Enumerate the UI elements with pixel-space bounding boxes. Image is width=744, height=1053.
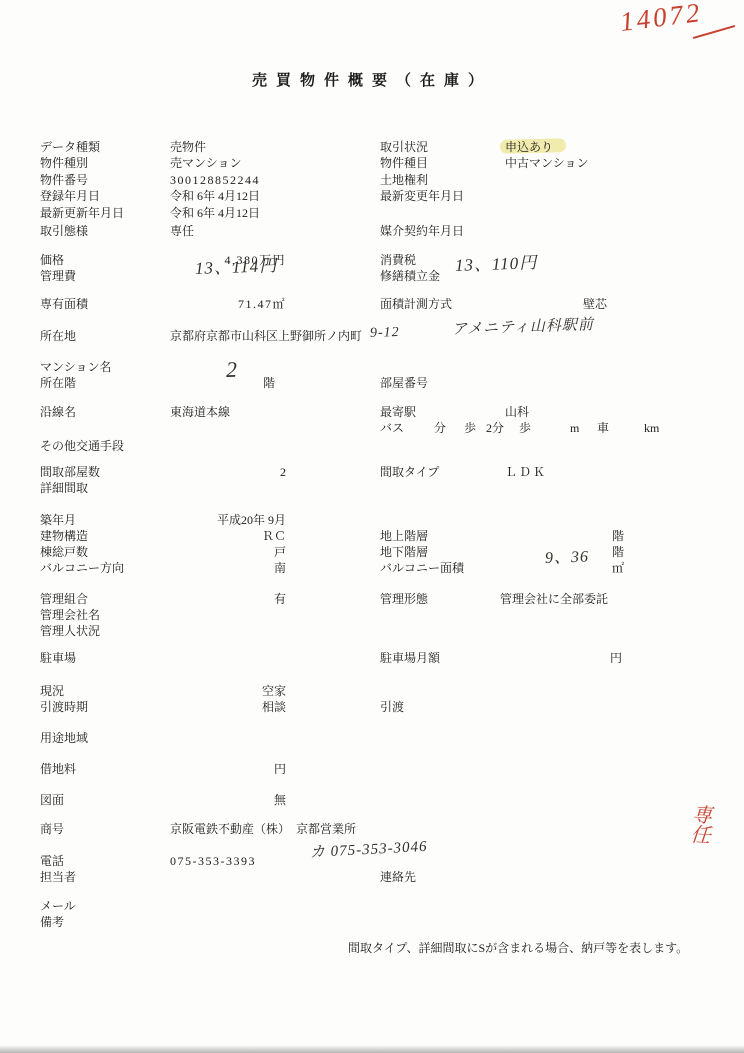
field-label-tax: 消費税 bbox=[380, 253, 416, 268]
field-value-built-date: 平成20年 9月 bbox=[130, 513, 286, 528]
field-value-current-status: 空家 bbox=[130, 684, 286, 699]
handwritten-ref-number: 14072 bbox=[619, 5, 703, 30]
field-value-area: 71.47㎡ bbox=[130, 297, 286, 312]
field-label-area-method: 面積計測方式 bbox=[380, 297, 452, 312]
field-label-property-kind: 物件種別 bbox=[40, 156, 88, 171]
field-unit-floor: 階 bbox=[263, 376, 275, 391]
field-label-total-units: 棟総戸数 bbox=[40, 545, 88, 560]
field-value-area-method: 壁芯 bbox=[583, 297, 607, 312]
access-walk2-label: 歩 bbox=[519, 421, 531, 436]
field-label-last-change: 最新変更年月日 bbox=[380, 189, 464, 204]
field-label-last-update: 最新更新年月日 bbox=[40, 206, 124, 221]
access-bus-min-unit: 分 bbox=[434, 421, 446, 436]
field-value-line-name: 東海道本線 bbox=[170, 405, 230, 420]
handwritten-floor: 2 bbox=[226, 362, 239, 377]
access-km-unit: km bbox=[644, 421, 659, 436]
field-label-price: 価格 bbox=[40, 253, 64, 268]
field-label-area: 専有面積 bbox=[40, 297, 88, 312]
field-label-zoning: 用途地域 bbox=[40, 731, 88, 746]
field-label-rooms: 間取部屋数 bbox=[40, 465, 100, 480]
access-meter-unit: m bbox=[570, 421, 579, 436]
field-label-layout-detail: 詳細間取 bbox=[40, 481, 88, 496]
field-label-deal-status: 取引状況 bbox=[380, 140, 428, 155]
field-label-data-type: データ種類 bbox=[40, 140, 100, 155]
field-label-layout-type: 間取タイプ bbox=[380, 465, 439, 480]
field-label-floors-below: 地下階層 bbox=[380, 545, 428, 560]
field-label-mgmt-fee: 管理費 bbox=[40, 269, 76, 284]
field-value-reg-date: 令和 6年 4月12日 bbox=[170, 189, 260, 204]
field-unit-total-units: 戸 bbox=[130, 545, 286, 560]
field-label-contact-person: 担当者 bbox=[40, 870, 76, 885]
field-label-room-number: 部屋番号 bbox=[380, 376, 428, 391]
field-label-manager-status: 管理人状況 bbox=[40, 624, 100, 639]
scanned-property-summary-sheet: 14072 売買物件概要（在庫） データ種類 売物件 取引状況 申込あり 物件種… bbox=[0, 0, 744, 1053]
field-label-parking-monthly: 駐車場月額 bbox=[380, 651, 440, 666]
access-bus-label: バス bbox=[380, 421, 404, 436]
handwritten-building-name: アメニティ山科駅前 bbox=[452, 318, 594, 338]
field-value-property-category: 中古マンション bbox=[505, 156, 588, 171]
field-value-property-number: 300128852244 bbox=[170, 173, 260, 188]
field-unit-floors-above: 階 bbox=[612, 529, 624, 544]
field-label-floors-above: 地上階層 bbox=[380, 529, 428, 544]
field-label-repair-fund: 修繕積立金 bbox=[380, 269, 440, 284]
field-unit-parking-monthly: 円 bbox=[610, 651, 622, 666]
field-value-phone: 075-353-3393 bbox=[170, 854, 256, 869]
field-value-mgmt-association: 有 bbox=[130, 592, 286, 607]
field-label-parking: 駐車場 bbox=[40, 651, 76, 666]
field-value-rooms: 2 bbox=[130, 465, 286, 480]
footer-note: 間取タイプ、詳細間取にSが含まれる場合、納戸等を表します。 bbox=[348, 941, 688, 956]
field-label-location: 所在地 bbox=[40, 329, 76, 344]
field-value-station: 山科 bbox=[505, 405, 529, 420]
field-label-land-rent: 借地料 bbox=[40, 762, 76, 777]
field-label-floor: 所在階 bbox=[40, 376, 76, 391]
field-value-company: 京阪電鉄不動産（株） 京都営業所 bbox=[170, 822, 356, 837]
field-label-station: 最寄駅 bbox=[380, 405, 416, 420]
field-value-transaction-type: 専任 bbox=[170, 224, 194, 239]
field-value-handover-period: 相談 bbox=[130, 700, 286, 715]
access-walk-label: 歩 bbox=[464, 421, 476, 436]
field-label-brokerage-date: 媒介契約年月日 bbox=[380, 224, 464, 239]
field-label-mgmt-company: 管理会社名 bbox=[40, 608, 100, 623]
page-title: 売買物件概要（在庫） bbox=[0, 74, 744, 89]
field-label-balcony-direction: バルコニー方向 bbox=[40, 561, 124, 576]
field-value-last-update: 令和 6年 4月12日 bbox=[170, 206, 260, 221]
field-value-drawing: 無 bbox=[130, 793, 286, 808]
field-label-company: 商号 bbox=[40, 822, 64, 837]
field-unit-balcony-area: ㎡ bbox=[612, 561, 624, 576]
field-unit-floors-below: 階 bbox=[612, 545, 624, 560]
field-label-line-name: 沿線名 bbox=[40, 405, 76, 420]
field-label-contact: 連絡先 bbox=[380, 870, 416, 885]
scan-edge-artifact bbox=[0, 1045, 744, 1053]
field-label-reg-date: 登録年月日 bbox=[40, 189, 100, 204]
field-label-built-date: 築年月 bbox=[40, 513, 76, 528]
field-label-email: メール bbox=[40, 899, 76, 914]
field-label-handover: 引渡 bbox=[380, 700, 404, 715]
field-value-data-type: 売物件 bbox=[170, 140, 206, 155]
field-label-mgmt-form: 管理形態 bbox=[380, 592, 428, 607]
field-label-other-transport: その他交通手段 bbox=[40, 439, 124, 454]
field-value-balcony-direction: 南 bbox=[130, 561, 286, 576]
field-label-mgmt-association: 管理組合 bbox=[40, 592, 88, 607]
field-label-land-rights: 土地権利 bbox=[380, 173, 428, 188]
field-label-current-status: 現況 bbox=[40, 684, 64, 699]
field-label-structure: 建物構造 bbox=[40, 529, 88, 544]
field-label-mansion-name: マンション名 bbox=[40, 360, 111, 375]
field-value-structure: ＲＣ bbox=[130, 529, 286, 544]
field-label-remarks: 備考 bbox=[40, 915, 64, 930]
access-walk-minutes: 2分 bbox=[486, 421, 504, 436]
field-value-location: 京都府京都市山科区上野御所ノ内町 bbox=[170, 329, 362, 344]
field-label-property-number: 物件番号 bbox=[40, 173, 88, 188]
handwritten-phone-alt: カ 075-353-3046 bbox=[310, 840, 428, 861]
field-value-mgmt-form: 管理会社に全部委託 bbox=[500, 592, 608, 607]
field-label-transaction-type: 取引態様 bbox=[40, 224, 88, 239]
field-value-layout-type: ＬＤＫ bbox=[505, 465, 547, 480]
field-label-property-category: 物件種目 bbox=[380, 156, 428, 171]
field-value-deal-status: 申込あり bbox=[505, 140, 553, 155]
field-label-drawing: 図面 bbox=[40, 793, 64, 808]
field-label-handover-period: 引渡時期 bbox=[40, 700, 88, 715]
field-unit-land-rent: 円 bbox=[130, 762, 286, 777]
handwritten-address-lot: 9-12 bbox=[370, 325, 400, 341]
field-label-phone: 電話 bbox=[40, 854, 64, 869]
field-label-balcony-area: バルコニー面積 bbox=[380, 561, 464, 576]
handwritten-mgmt-fee: 13、114円 bbox=[195, 258, 278, 276]
field-value-property-kind: 売マンション bbox=[170, 156, 241, 171]
handwritten-balcony-area: 9、36 bbox=[545, 549, 590, 566]
handwritten-repair-fund: 13、110円 bbox=[455, 255, 538, 273]
access-car-label: 車 bbox=[597, 421, 609, 436]
handwritten-stamp-sennin: 専任 bbox=[685, 803, 714, 845]
